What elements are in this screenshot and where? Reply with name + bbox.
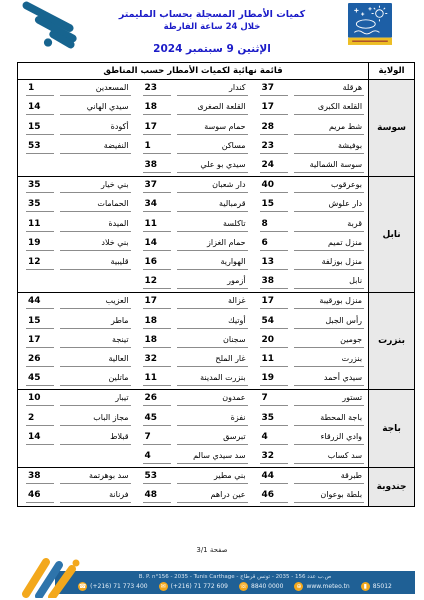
rain-value-cell: 4: [135, 448, 174, 467]
region-name-cell: منزل تميم: [291, 235, 369, 254]
table-row: دار علوش15قرمبالية34الحمامات35: [18, 196, 415, 215]
region-name: دار شعبان: [177, 180, 248, 193]
rain-value: 54: [260, 316, 288, 329]
rain-value: 4: [260, 432, 288, 445]
region-name-cell: تاكلسة: [174, 215, 252, 234]
rain-value-cell: 32: [252, 448, 291, 467]
region-name: هرقلة: [294, 83, 365, 96]
rain-value: 8: [260, 219, 288, 232]
rain-value: 46: [26, 490, 54, 503]
footer-stripes-logo: [18, 556, 92, 598]
table-row: سوسة الشمالية24سيدي بو علي38: [18, 157, 415, 176]
rain-value-cell: 17: [135, 293, 174, 312]
region-name-cell: تستور: [291, 390, 369, 409]
region-name: منزل تميم: [294, 238, 365, 251]
region-name-cell: قليبية: [57, 254, 135, 273]
rain-value: 7: [260, 393, 288, 406]
region-name: بنزرت المدينة: [177, 373, 248, 386]
rain-value: 23: [143, 83, 171, 96]
rain-value-cell: 20: [252, 332, 291, 351]
contact-label: (+216) 71 773 400: [90, 583, 147, 590]
rain-value-cell: 12: [135, 273, 174, 292]
region-name: تستور: [294, 393, 365, 406]
rain-value: 35: [260, 413, 288, 426]
region-name-cell: قربة: [291, 215, 369, 234]
region-name-cell: دار علوش: [291, 196, 369, 215]
rain-value-cell: 26: [18, 351, 57, 370]
rain-value: 14: [26, 102, 54, 115]
rain-value-cell: 28: [252, 118, 291, 137]
rain-value-cell: 14: [18, 429, 57, 448]
table-row: بنزرتمنزل بورقيبة17غزالة17العزيب44: [18, 293, 415, 312]
region-name-cell: بوفيشة: [291, 138, 369, 157]
rain-value: 45: [26, 373, 54, 386]
region-name-cell: ماتلين: [57, 370, 135, 389]
region-name-cell: المسعدين: [57, 80, 135, 99]
region-name: منزل بوزلفة: [294, 257, 365, 270]
rain-value-cell: 35: [252, 409, 291, 428]
region-name: مساكن: [177, 141, 248, 154]
region-name: مجاز الباب: [60, 413, 131, 426]
contact-item: ▮85012: [361, 582, 392, 591]
rain-value: 12: [143, 276, 171, 289]
region-name-cell: ماطر: [57, 312, 135, 331]
region-name-cell: دار شعبان: [174, 176, 252, 195]
rain-value-cell: 17: [18, 332, 57, 351]
rain-value-cell: 19: [252, 370, 291, 389]
rain-value-cell: 14: [135, 235, 174, 254]
rain-value: 34: [143, 199, 171, 212]
region-name: بوفيشة: [294, 141, 365, 154]
rain-value: 18: [143, 102, 171, 115]
rain-value: 19: [260, 373, 288, 386]
governorate-cell: سوسة: [369, 80, 415, 177]
table-row: جندوبةطبرقة44بني مطير53سد بوهرتمة38: [18, 467, 415, 486]
region-name-cell: [57, 157, 135, 176]
rain-value-cell: 32: [135, 351, 174, 370]
rain-value: 45: [143, 413, 171, 426]
region-name: نفزة: [177, 413, 248, 426]
governorate-column-header: الولاية: [369, 63, 415, 80]
rain-value: 37: [143, 180, 171, 193]
rain-value-cell: 17: [252, 99, 291, 118]
contact-item: ☏8840 0000: [239, 582, 283, 591]
region-name: تبرسق: [177, 432, 248, 445]
region-name: قليبية: [60, 257, 131, 270]
rain-value-cell: 8: [252, 215, 291, 234]
region-name: سيدي بو علي: [177, 160, 248, 173]
rain-value-cell: 46: [252, 487, 291, 506]
rain-value-cell: 23: [135, 80, 174, 99]
rain-value: 38: [26, 471, 54, 484]
rain-value: 18: [143, 316, 171, 329]
region-name: تينجة: [60, 335, 131, 348]
table-row: بنزرت11غار الملح32العالية26: [18, 351, 415, 370]
rain-value: 11: [26, 219, 54, 232]
region-name: تيبار: [60, 393, 131, 406]
rain-value-cell: 2: [18, 409, 57, 428]
governorate-section: جندوبةطبرقة44بني مطير53سد بوهرتمة38بلطة …: [18, 467, 415, 506]
table-row: نابلبوعرقوب40دار شعبان37بني خيار35: [18, 176, 415, 195]
region-name: حمام الغزاز: [177, 238, 248, 251]
rain-value: 20: [260, 335, 288, 348]
governorate-cell: جندوبة: [369, 467, 415, 506]
region-name: القلعة الصغرى: [177, 102, 248, 115]
page-number: صفحة 3/1: [0, 546, 424, 554]
rain-value: 19: [26, 238, 54, 251]
region-name: قبلاط: [60, 432, 131, 445]
rain-value-cell: 45: [18, 370, 57, 389]
region-name: ماتلين: [60, 373, 131, 386]
address-line: B. P. n°156 - 2035 - Tunis Carthage - ص.…: [55, 574, 415, 580]
region-name: القلعة الكبرى: [294, 102, 365, 115]
region-name-cell: منزل بوزلفة: [291, 254, 369, 273]
table-row: باجةتستور7عمدون26تيبار10: [18, 390, 415, 409]
region-name-cell: بلطة بوعوان: [291, 487, 369, 506]
table-row: شط مريم28حمام سوسة17أكودة15: [18, 118, 415, 137]
region-name-cell: العزيب: [57, 293, 135, 312]
rain-value-cell: [18, 448, 57, 467]
table-row: بوفيشة23مساكن1النفيضة53: [18, 138, 415, 157]
region-name-cell: سجنان: [174, 332, 252, 351]
region-name-cell: تبرسق: [174, 429, 252, 448]
rain-value: 1: [26, 83, 54, 96]
rain-value-cell: 13: [252, 254, 291, 273]
contact-item: ⊕www.meteo.tn: [294, 582, 349, 591]
rain-value-cell: 37: [252, 80, 291, 99]
region-name-cell: نابل: [291, 273, 369, 292]
region-name-cell: القلعة الصغرى: [174, 99, 252, 118]
rain-value: 32: [143, 354, 171, 367]
region-name-cell: عين دراهم: [174, 487, 252, 506]
region-name-cell: جومين: [291, 332, 369, 351]
rain-value: 23: [260, 141, 288, 154]
rain-value-cell: 17: [135, 118, 174, 137]
contact-label: 8840 0000: [251, 583, 283, 590]
governorate-cell: باجة: [369, 390, 415, 468]
region-name-cell: قبلاط: [57, 429, 135, 448]
region-name: رأس الجبل: [294, 316, 365, 329]
region-name: عين دراهم: [177, 490, 248, 503]
table-row: رأس الجبل54أوتيك18ماطر15: [18, 312, 415, 331]
rain-value-cell: 44: [252, 467, 291, 486]
region-name: بني مطير: [177, 471, 248, 484]
document-header: كميات الأمطار المسجلة بحساب المليمتر خلا…: [60, 9, 364, 55]
rain-value-cell: 17: [252, 293, 291, 312]
rain-value: 6: [260, 238, 288, 251]
region-name-cell: غار الملح: [174, 351, 252, 370]
rain-value-cell: 40: [252, 176, 291, 195]
governorate-section: نابلبوعرقوب40دار شعبان37بني خيار35دار عل…: [18, 176, 415, 292]
region-name: شط مريم: [294, 122, 365, 135]
table-row: قربة8تاكلسة11الميدة11: [18, 215, 415, 234]
region-name: المسعدين: [60, 83, 131, 96]
rain-value-cell: 14: [18, 99, 57, 118]
table-row: سوسةهرقلة37كندار23المسعدين1: [18, 80, 415, 99]
rain-value-cell: 19: [18, 235, 57, 254]
region-name-cell: بني مطير: [174, 467, 252, 486]
rain-value: 37: [260, 83, 288, 96]
region-name-cell: النفيضة: [57, 138, 135, 157]
rain-value-cell: 11: [135, 215, 174, 234]
rainfall-bulletin-page: كميات الأمطار المسجلة بحساب المليمتر خلا…: [0, 0, 424, 600]
rain-value: 17: [26, 335, 54, 348]
region-name-cell: شط مريم: [291, 118, 369, 137]
rain-value: 46: [260, 490, 288, 503]
region-name: بنزرت: [294, 354, 365, 367]
rain-value: 44: [260, 471, 288, 484]
rain-value-cell: 18: [135, 312, 174, 331]
rain-value: 14: [26, 432, 54, 445]
globe-icon: ⊕: [294, 582, 303, 591]
region-name: كندار: [177, 83, 248, 96]
rain-value: 2: [26, 413, 54, 426]
document-subtitle: خلال 24 ساعة الفارطة: [60, 22, 364, 33]
region-name-cell: نفزة: [174, 409, 252, 428]
region-name: وادي الزرقاء: [294, 432, 365, 445]
region-name-cell: سيدي بو علي: [174, 157, 252, 176]
region-name-cell: الميدة: [57, 215, 135, 234]
rain-value: 11: [143, 219, 171, 232]
rain-value-cell: 38: [18, 467, 57, 486]
rain-value: 53: [143, 471, 171, 484]
rain-value: 40: [260, 180, 288, 193]
rain-value: 35: [26, 199, 54, 212]
region-name-cell: [57, 448, 135, 467]
region-name: منزل بورقيبة: [294, 296, 365, 309]
rain-value: 35: [26, 180, 54, 193]
rain-value-cell: 15: [18, 312, 57, 331]
contact-label: www.meteo.tn: [306, 583, 349, 590]
rain-value: 10: [26, 393, 54, 406]
table-header: الولاية قائمة نهائية لكميات الأمطار حسب …: [18, 63, 415, 80]
rain-value: 17: [143, 296, 171, 309]
rain-value: 16: [143, 257, 171, 270]
callcenter-icon: ☏: [239, 582, 248, 591]
region-name: الهوارية: [177, 257, 248, 270]
rain-value-cell: 44: [18, 293, 57, 312]
region-name: سوسة الشمالية: [294, 160, 365, 173]
rain-value-cell: 12: [18, 254, 57, 273]
region-name-cell: الهوارية: [174, 254, 252, 273]
rain-value: 44: [26, 296, 54, 309]
rain-value: 18: [143, 335, 171, 348]
region-name: سيدي الهاني: [60, 102, 131, 115]
rain-value-cell: 11: [135, 370, 174, 389]
region-name: بني خيار: [60, 180, 131, 193]
rain-value-cell: 1: [18, 80, 57, 99]
region-name: جومين: [294, 335, 365, 348]
rain-value-cell: 53: [135, 467, 174, 486]
table-row: وادي الزرقاء4تبرسق7قبلاط14: [18, 429, 415, 448]
region-name-cell: عمدون: [174, 390, 252, 409]
region-name: بلطة بوعوان: [294, 490, 365, 503]
governorate-cell: نابل: [369, 176, 415, 292]
rain-value: 15: [26, 122, 54, 135]
region-name: سد كساب: [294, 451, 365, 464]
table-row: بلطة بوعوان46عين دراهم48فرنانة46: [18, 487, 415, 506]
region-name: غار الملح: [177, 354, 248, 367]
rain-value: 48: [143, 490, 171, 503]
rain-value: 17: [260, 102, 288, 115]
mobile-icon: ▮: [361, 582, 370, 591]
region-name: دار علوش: [294, 199, 365, 212]
rainfall-table: الولاية قائمة نهائية لكميات الأمطار حسب …: [17, 62, 415, 507]
rain-value: 11: [143, 373, 171, 386]
region-name-cell: هرقلة: [291, 80, 369, 99]
rain-value-cell: 38: [135, 157, 174, 176]
region-name: عمدون: [177, 393, 248, 406]
region-name-cell: سد بوهرتمة: [57, 467, 135, 486]
region-name-cell: سد كساب: [291, 448, 369, 467]
rain-value-cell: 7: [135, 429, 174, 448]
rain-value: 13: [260, 257, 288, 270]
governorate-section: بنزرتمنزل بورقيبة17غزالة17العزيب44رأس ال…: [18, 293, 415, 390]
rain-value: 11: [260, 354, 288, 367]
region-name: سيدي أحمد: [294, 373, 365, 386]
region-name-cell: القلعة الكبرى: [291, 99, 369, 118]
rain-value-cell: 24: [252, 157, 291, 176]
region-name-cell: حمام الغزاز: [174, 235, 252, 254]
region-name: قربة: [294, 219, 365, 232]
rain-value-cell: 34: [135, 196, 174, 215]
table-row: منزل بوزلفة13الهوارية16قليبية12: [18, 254, 415, 273]
region-name: بوعرقوب: [294, 180, 365, 193]
contact-label: (+216) 71 772 609: [171, 583, 228, 590]
region-name: العالية: [60, 354, 131, 367]
region-name-cell: سيدي الهاني: [57, 99, 135, 118]
region-name: النفيضة: [60, 141, 131, 154]
rain-value-cell: 15: [252, 196, 291, 215]
region-name-cell: باجة المحطة: [291, 409, 369, 428]
region-name-cell: غزالة: [174, 293, 252, 312]
rain-value-cell: 11: [252, 351, 291, 370]
region-name: حمام سوسة: [177, 122, 248, 135]
region-name-cell: بني خيار: [57, 176, 135, 195]
table-row: جومين20سجنان18تينجة17: [18, 332, 415, 351]
rain-value-cell: [18, 273, 57, 292]
table-row: سيدي أحمد19بنزرت المدينة11ماتلين45: [18, 370, 415, 389]
region-name-cell: سد سيدي سالم: [174, 448, 252, 467]
rain-value-cell: 46: [18, 487, 57, 506]
region-name: طبرقة: [294, 471, 365, 484]
region-name-cell: أزمور: [174, 273, 252, 292]
region-name-cell: فرنانة: [57, 487, 135, 506]
rain-value-cell: 35: [18, 176, 57, 195]
region-name-cell: أكودة: [57, 118, 135, 137]
region-name: الحمامات: [60, 199, 131, 212]
rain-value-cell: 48: [135, 487, 174, 506]
region-name-cell: مساكن: [174, 138, 252, 157]
region-name-cell: سوسة الشمالية: [291, 157, 369, 176]
region-name-cell: كندار: [174, 80, 252, 99]
fax-icon: ✉: [159, 582, 168, 591]
region-name-cell: منزل بورقيبة: [291, 293, 369, 312]
region-name: غزالة: [177, 296, 248, 309]
table-row: سد كساب32سد سيدي سالم4: [18, 448, 415, 467]
contact-list: ☎(+216) 71 773 400✉(+216) 71 772 609☏884…: [55, 582, 415, 591]
region-name-cell: رأس الجبل: [291, 312, 369, 331]
region-name: نابل: [294, 276, 365, 289]
region-name: أوتيك: [177, 316, 248, 329]
governorate-section: باجةتستور7عمدون26تيبار10باجة المحطة35نفز…: [18, 390, 415, 468]
rain-value: 26: [26, 354, 54, 367]
rain-value-cell: 18: [135, 99, 174, 118]
rain-value: 12: [26, 257, 54, 270]
region-name-cell: بوعرقوب: [291, 176, 369, 195]
rain-value-cell: 1: [135, 138, 174, 157]
rain-value-cell: 15: [18, 118, 57, 137]
rain-value-cell: 16: [135, 254, 174, 273]
region-name: الميدة: [60, 219, 131, 232]
region-name: قرمبالية: [177, 199, 248, 212]
rain-value: 38: [143, 160, 171, 173]
region-name: سد بوهرتمة: [60, 471, 131, 484]
region-name-cell: تينجة: [57, 332, 135, 351]
region-name-cell: حمام سوسة: [174, 118, 252, 137]
rain-value-cell: 45: [135, 409, 174, 428]
rain-value-cell: 35: [18, 196, 57, 215]
rain-value-cell: 4: [252, 429, 291, 448]
region-name-cell: بني خلاد: [57, 235, 135, 254]
rain-value: 15: [26, 316, 54, 329]
contact-item: ✉(+216) 71 772 609: [159, 582, 228, 591]
rain-value-cell: 6: [252, 235, 291, 254]
region-name-cell: الحمامات: [57, 196, 135, 215]
region-name-cell: تيبار: [57, 390, 135, 409]
rain-value-cell: 26: [135, 390, 174, 409]
region-name-cell: بنزرت: [291, 351, 369, 370]
rain-value-cell: 11: [18, 215, 57, 234]
region-name: العزيب: [60, 296, 131, 309]
region-name: أكودة: [60, 122, 131, 135]
rain-value-cell: 23: [252, 138, 291, 157]
table-title: قائمة نهائية لكميات الأمطار حسب المناطق: [18, 63, 369, 80]
rain-value-cell: 53: [18, 138, 57, 157]
rain-value-cell: [18, 157, 57, 176]
table-row: باجة المحطة35نفزة45مجاز الباب2: [18, 409, 415, 428]
rain-value: 15: [260, 199, 288, 212]
rain-value: 4: [143, 451, 171, 464]
rain-value: 14: [143, 238, 171, 251]
rain-value: 1: [143, 141, 171, 154]
region-name-cell: وادي الزرقاء: [291, 429, 369, 448]
region-name: تاكلسة: [177, 219, 248, 232]
region-name-cell: قرمبالية: [174, 196, 252, 215]
rain-value-cell: 7: [252, 390, 291, 409]
rain-value: 7: [143, 432, 171, 445]
governorate-section: سوسةهرقلة37كندار23المسعدين1القلعة الكبرى…: [18, 80, 415, 177]
rain-value: 38: [260, 276, 288, 289]
table-row: نابل38أزمور12: [18, 273, 415, 292]
region-name: بني خلاد: [60, 238, 131, 251]
rain-value: 32: [260, 451, 288, 464]
table-row: القلعة الكبرى17القلعة الصغرى18سيدي الهان…: [18, 99, 415, 118]
footer-bar: B. P. n°156 - 2035 - Tunis Carthage - ص.…: [55, 571, 415, 594]
rain-value-cell: 38: [252, 273, 291, 292]
region-name-cell: مجاز الباب: [57, 409, 135, 428]
rain-value: 53: [26, 141, 54, 154]
region-name-cell: أوتيك: [174, 312, 252, 331]
rain-value: 24: [260, 160, 288, 173]
logo-dot: [44, 38, 52, 46]
region-name-cell: العالية: [57, 351, 135, 370]
rain-value-cell: 54: [252, 312, 291, 331]
table-row: منزل تميم6حمام الغزاز14بني خلاد19: [18, 235, 415, 254]
region-name: سجنان: [177, 335, 248, 348]
contact-label: 85012: [373, 583, 392, 590]
document-title: كميات الأمطار المسجلة بحساب المليمتر: [60, 9, 364, 21]
